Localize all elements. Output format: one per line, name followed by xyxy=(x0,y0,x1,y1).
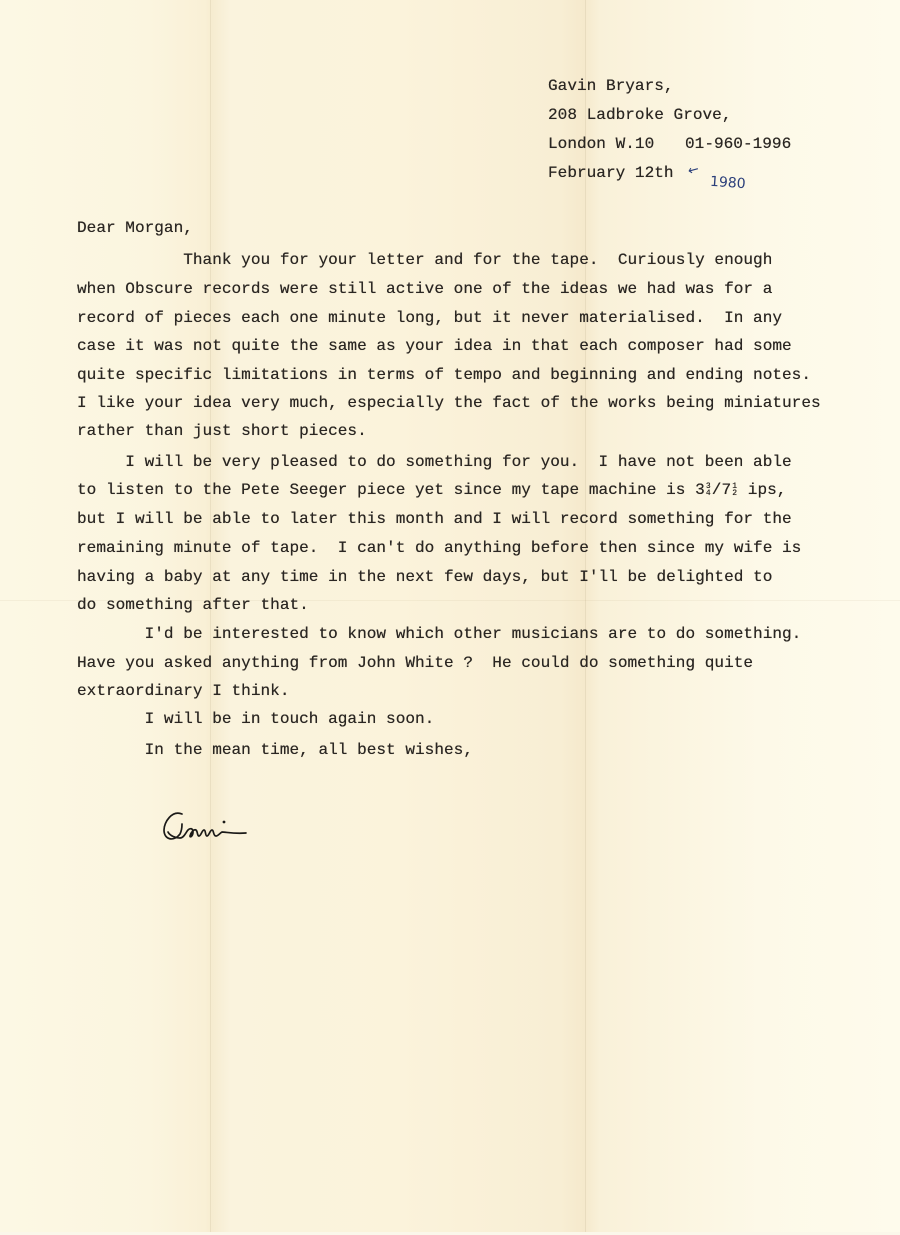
letter-date: February 12th xyxy=(548,165,674,181)
tape-speed: 334/712 ips, xyxy=(695,481,786,499)
body-line: when Obscure records were still active o… xyxy=(77,281,772,297)
body-line-text: to listen to the Pete Seeger piece yet s… xyxy=(77,481,695,499)
closing-line: I will be in touch again soon. xyxy=(77,711,434,727)
closing-line: In the mean time, all best wishes, xyxy=(77,742,473,758)
body-line: I'd be interested to know which other mu… xyxy=(77,626,801,642)
handwritten-year: 1980 xyxy=(709,174,746,192)
body-line: I will be very pleased to do something f… xyxy=(77,454,792,470)
body-line-with-fraction: to listen to the Pete Seeger piece yet s… xyxy=(77,482,786,498)
body-line: extraordinary I think. xyxy=(77,683,289,699)
body-line: do something after that. xyxy=(77,597,309,613)
sender-name: Gavin Bryars, xyxy=(548,78,674,94)
letter-paper xyxy=(0,0,900,1235)
sender-street: 208 Ladbroke Grove, xyxy=(548,107,732,123)
fraction-three-quarters: 34 xyxy=(705,483,712,497)
body-line: remaining minute of tape. I can't do any… xyxy=(77,540,801,556)
body-line: case it was not quite the same as your i… xyxy=(77,338,792,354)
body-line: Have you asked anything from John White … xyxy=(77,655,753,671)
body-line: rather than just short pieces. xyxy=(77,423,367,439)
fold-line-right xyxy=(585,0,586,1235)
handwritten-signature xyxy=(160,800,250,850)
body-line: having a baby at any time in the next fe… xyxy=(77,569,772,585)
fold-line-left xyxy=(210,0,211,1235)
body-line: record of pieces each one minute long, b… xyxy=(77,310,782,326)
salutation: Dear Morgan, xyxy=(77,220,193,236)
body-line: quite specific limitations in terms of t… xyxy=(77,367,811,383)
body-line: but I will be able to later this month a… xyxy=(77,511,792,527)
body-line: I like your idea very much, especially t… xyxy=(77,395,821,411)
sender-city: London W.10 xyxy=(548,136,654,152)
sender-phone: 01-960-1996 xyxy=(685,136,791,152)
body-line: Thank you for your letter and for the ta… xyxy=(77,252,772,268)
